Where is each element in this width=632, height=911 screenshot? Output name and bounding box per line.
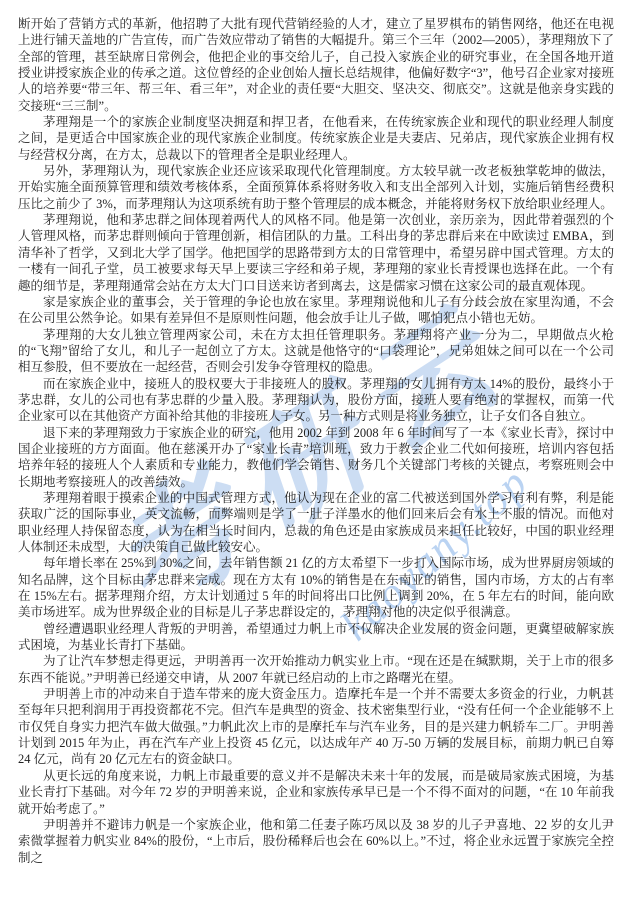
text-paragraph: 茅理翔着眼于摸索企业的中国式管理方式，他认为现在企业的富二代被送到国外学习有利有… — [18, 490, 614, 555]
text-paragraph: 茅理翔说，他和茅忠群之间体现着两代人的风格不同。他是第一次创业，亲历亲为，因此带… — [18, 212, 614, 294]
text-paragraph: 断开始了营销方式的革新，他招聘了大批有现代营销经验的人才，建立了星罗棋布的销售网… — [18, 16, 614, 114]
text-paragraph: 尹明善并不避讳力帆是一个家族企业，他和第二任妻子陈巧凤以及 38 岁的儿子尹喜地… — [18, 817, 614, 866]
text-paragraph: 退下来的茅理翔致力于家族企业的研究，他用 2002 年到 2008 年 6 年时… — [18, 425, 614, 490]
text-paragraph: 茅理翔的大女儿独立管理两家公司，未在方太担任管理职务。茅理翔将产业一分为二，早期… — [18, 327, 614, 376]
text-paragraph: 尹明善上市的冲动来自于造车带来的庞大资金压力。造摩托车是一个并不需要太多资金的行… — [18, 686, 614, 768]
text-paragraph: 为了让汽车梦想走得更远，尹明善再一次开始推动力帆实业上市。“现在还是在缄默期，关… — [18, 653, 614, 686]
document-page: 考研云 kaoyany.top 断开始了营销方式的革新，他招聘了大批有现代营销经… — [0, 0, 632, 911]
text-paragraph: 曾经遭遇职业经理人背叛的尹明善，希望通过力帆上市不仅解决企业发展的资金问题，更冀… — [18, 621, 614, 654]
document-content: 断开始了营销方式的革新，他招聘了大批有现代营销经验的人才，建立了星罗棋布的销售网… — [18, 16, 614, 866]
text-paragraph: 而在家族企业中，接班人的股权要大于非接班人的股权。茅理翔的女儿拥有方太 14%的… — [18, 376, 614, 425]
text-paragraph: 家是家族企业的董事会，关于管理的争论也放在家里。茅理翔说他和儿子有分歧会放在家里… — [18, 294, 614, 327]
text-paragraph: 另外，茅理翔认为，现代家族企业还应该采取现代化管理制度。方太较早就一改老板独掌乾… — [18, 163, 614, 212]
text-paragraph: 茅理翔是一个的家族企业制度坚决拥趸和捍卫者，在他看来，在传统家族企业和现代的职业… — [18, 114, 614, 163]
text-paragraph: 每年增长率在 25%到 30%之间，去年销售额 21 亿的方太希望下一步打入国际… — [18, 555, 614, 620]
text-paragraph: 从更长远的角度来说，力帆上市最重要的意义并不是解决未来十年的发展，而是破局家族式… — [18, 768, 614, 817]
